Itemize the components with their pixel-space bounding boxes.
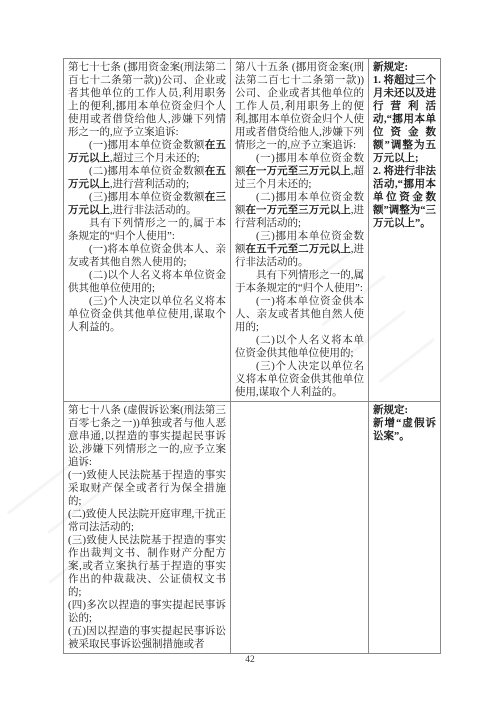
paragraph: 第七十七条 (挪用资金案(刑法第二百七十二条第一款))公司、企业或者其他单位的工… <box>68 61 226 139</box>
cell-new-article-77: 第七十七条 (挪用资金案(刑法第二百七十二条第一款))公司、企业或者其他单位的工… <box>64 59 231 402</box>
paragraph: (二)挪用本单位资金数额在五万元以上,进行营利活动的; <box>68 165 226 191</box>
paragraph: (二)以个人名义将本单位资金供其他单位使用的; <box>68 269 226 295</box>
paragraph: (一)将本单位资金供本人、亲友或者其他自然人使用的; <box>235 295 364 334</box>
paragraph: (一)致使人民法院基于捏造的事实采取财产保全或者行为保全措施的; <box>68 469 226 508</box>
paragraph: 新规定: <box>373 61 436 74</box>
paragraph: 具有下列情形之一的,属于本条规定的“归个人使用”: <box>235 269 364 295</box>
paragraph: (一)挪用本单位资金数额在一万元至三万元以上,超过三个月未还的; <box>235 152 364 191</box>
paragraph: 新增“虚假诉讼案”。 <box>373 417 436 443</box>
page-number: 42 <box>0 655 500 665</box>
cell-new-rule-78: 新规定:新增“虚假诉讼案”。 <box>369 402 441 654</box>
table-row: 第七十八条 (虚假诉讼案(刑法第三百零七条之一))单独或者与他人恶意串通,以捏造… <box>64 402 441 654</box>
paragraph: 第七十八条 (虚假诉讼案(刑法第三百零七条之一))单独或者与他人恶意串通,以捏造… <box>68 404 226 469</box>
paragraph: (二)以个人名义将本单位资金供其他单位使用的; <box>235 334 364 360</box>
cell-old-article-85: 第八十五条 (挪用资金案(刑法第二百七十二条第一款))公司、企业或者其他单位的工… <box>231 59 369 402</box>
paragraph: (二)挪用本单位资金数额在一万元至三万元以上,进行营利活动的; <box>235 191 364 230</box>
paragraph: (三)致使人民法院基于捏造的事实作出裁判文书、制作财产分配方案,或者立案执行基于… <box>68 534 226 599</box>
comparison-table: 第七十七条 (挪用资金案(刑法第二百七十二条第一款))公司、企业或者其他单位的工… <box>63 58 441 654</box>
paragraph: 2. 将进行非法活动,“挪用本单位资金数额”调整为“三万元以上”。 <box>373 165 436 230</box>
paragraph: 新规定: <box>373 404 436 417</box>
paragraph: (三)挪用本单位资金数额在三万元以上,进行非法活动的。 <box>68 191 226 217</box>
paragraph: (三)挪用本单位资金数额在五千元至二万元以上,进行非法活动的。 <box>235 230 364 269</box>
paragraph: (三)个人决定以单位名义将本单位资金供其他单位使用,谋取个人利益的。 <box>68 295 226 334</box>
paragraph: 1. 将超过三个月未还以及进行营利活动,“挪用本单位资金数额”调整为五万元以上; <box>373 74 436 165</box>
document-page: 第七十七条 (挪用资金案(刑法第二百七十二条第一款))公司、企业或者其他单位的工… <box>0 0 500 707</box>
cell-new-article-78: 第七十八条 (虚假诉讼案(刑法第三百零七条之一))单独或者与他人恶意串通,以捏造… <box>64 402 231 654</box>
paragraph: (一)挪用本单位资金数额在五万元以上,超过三个月未还的; <box>68 139 226 165</box>
paragraph: (四)多次以捏造的事实提起民事诉讼的; <box>68 599 226 625</box>
comparison-table-body: 第七十七条 (挪用资金案(刑法第二百七十二条第一款))公司、企业或者其他单位的工… <box>64 59 441 654</box>
cell-new-rule-77: 新规定:1. 将超过三个月未还以及进行营利活动,“挪用本单位资金数额”调整为五万… <box>369 59 441 402</box>
paragraph: 第八十五条 (挪用资金案(刑法第二百七十二条第一款))公司、企业或者其他单位的工… <box>235 61 364 152</box>
paragraph: (五)因以捏造的事实提起民事诉讼被采取民事诉讼强制措施或者 <box>68 625 226 651</box>
paragraph: 具有下列情形之一的,属于本条规定的“归个人使用”: <box>68 217 226 243</box>
cell-old-empty <box>231 402 369 654</box>
paragraph: (三)个人决定以单位名义将本单位资金供其他单位使用,谋取个人利益的。 <box>235 360 364 399</box>
table-row: 第七十七条 (挪用资金案(刑法第二百七十二条第一款))公司、企业或者其他单位的工… <box>64 59 441 402</box>
paragraph: (一)将本单位资金供本人、亲友或者其他自然人使用的; <box>68 243 226 269</box>
paragraph: (二)致使人民法院开庭审理,干扰正常司法活动的; <box>68 508 226 534</box>
